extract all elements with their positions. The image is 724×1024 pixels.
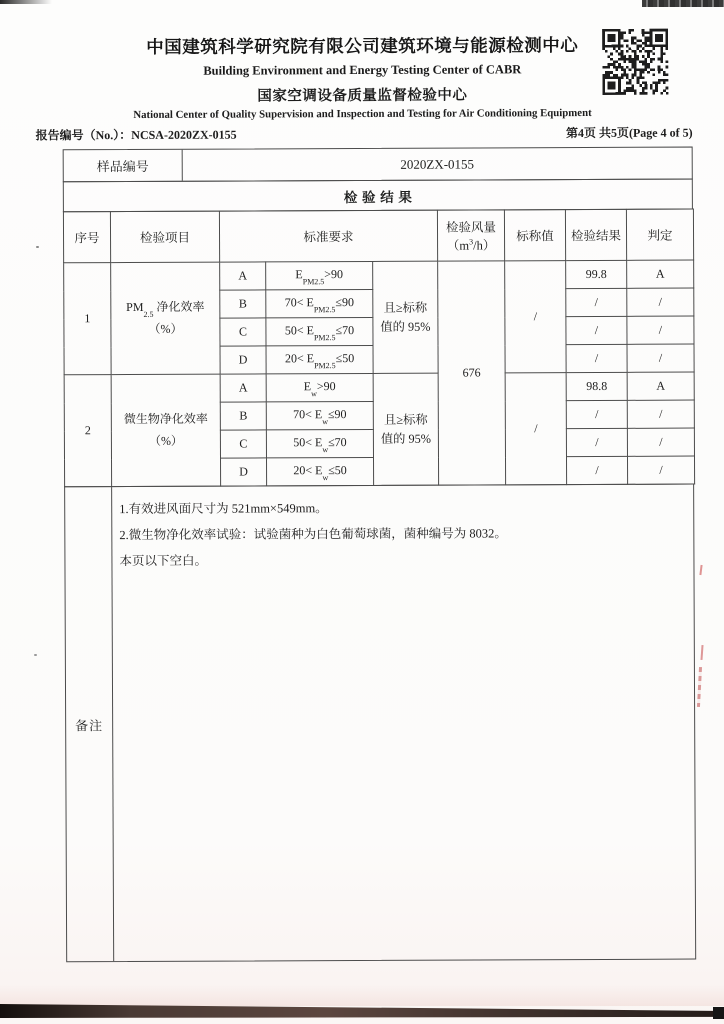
result-cell: /	[567, 456, 628, 484]
qr-code-icon	[602, 29, 668, 95]
report-meta-line: 报告编号（No.）：NCSA-2020ZX-0155 第4页 共5页(Page …	[36, 124, 693, 144]
grade-cell: D	[220, 458, 266, 486]
col-header-result: 检验结果	[565, 209, 626, 260]
col-header-nominal: 标称值	[504, 210, 565, 261]
judge-cell: A	[627, 260, 694, 288]
results-table: 序号 检验项目 标准要求 检验风量 （m3/h） 标称值 检验结果 判定 1 P…	[63, 209, 695, 488]
scan-artifact-speck	[34, 654, 37, 656]
nominal-value-cell: /	[505, 261, 566, 373]
result-cell: /	[566, 316, 627, 344]
scan-artifact-red-mark	[697, 667, 702, 707]
sample-id-row: 样品编号 2020ZX-0155	[63, 147, 693, 183]
result-cell: /	[566, 288, 627, 316]
grade-cell: B	[220, 402, 266, 430]
remarks-row: 备注 1.有效进风面尺寸为 521mm×549mm。 2.微生物净化效率试验：试…	[64, 484, 696, 963]
seq-cell: 1	[64, 263, 111, 375]
grade-cell: C	[220, 430, 266, 458]
formula-cell: 20< Ew≤50	[266, 457, 373, 485]
remark-line: 1.有效进风面尺寸为 521mm×549mm。	[119, 494, 683, 522]
formula-cell: 50< Ew≤70	[266, 429, 373, 457]
judge-cell: /	[627, 344, 694, 372]
result-cell: 99.8	[566, 260, 627, 288]
grade-cell: A	[220, 374, 266, 402]
sample-id-label: 样品编号	[64, 150, 183, 182]
judge-cell: /	[627, 316, 694, 344]
table-row: 1 PM2.5 净化效率 （%） A EPM2.5>90 且≥标称 值的 95%…	[64, 260, 694, 291]
result-cell: 98.8	[566, 372, 627, 400]
results-section-title: 检 验 结 果	[63, 179, 693, 213]
item-cell: PM2.5 净化效率 （%）	[111, 262, 220, 374]
center-subtitle-english: National Center of Quality Supervision a…	[30, 107, 694, 122]
col-header-requirement: 标准要求	[219, 210, 437, 262]
judge-cell: /	[628, 456, 695, 484]
result-cell: /	[566, 428, 627, 456]
judge-cell: /	[627, 288, 694, 316]
table-row: 2 微生物净化效率 （%） A Ew>90 且≥标称 值的 95% / 98.8…	[64, 372, 694, 403]
formula-cell: 70< Ew≤90	[266, 401, 373, 429]
page-indicator: 第4页 共5页(Page 4 of 5)	[566, 124, 693, 142]
scan-artifact-top-right	[642, 0, 724, 7]
report-number: 报告编号（No.）：NCSA-2020ZX-0155	[36, 126, 237, 144]
scan-artifact-pink-tint	[0, 984, 724, 1006]
judge-cell: /	[627, 428, 694, 456]
item-cell: 微生物净化效率 （%）	[111, 374, 220, 486]
airflow-value-cell: 676	[438, 261, 506, 485]
formula-cell: 20< EPM2.5≤50	[266, 345, 373, 373]
remark-line: 2.微生物净化效率试验：试验菌种为白色葡萄球菌，菌种编号为 8032。	[119, 520, 683, 548]
formula-cell: 70< EPM2.5≤90	[266, 289, 373, 317]
col-header-judgement: 判定	[626, 209, 693, 260]
remark-line: 本页以下空白。	[119, 546, 683, 574]
judge-cell: /	[627, 400, 694, 428]
scan-artifact-top-left	[0, 0, 52, 4]
page-title: 中国建筑科学研究院有限公司建筑环境与能源检测中心	[30, 32, 694, 60]
note-cell: 且≥标称 值的 95%	[373, 373, 439, 485]
result-cell: /	[566, 344, 627, 372]
remarks-content: 1.有效进风面尺寸为 521mm×549mm。 2.微生物净化效率试验：试验菌种…	[112, 485, 695, 962]
page-title-english: Building Environment and Energy Testing …	[30, 62, 694, 80]
remarks-label: 备注	[65, 487, 114, 961]
judge-cell: A	[627, 372, 694, 400]
result-cell: /	[566, 400, 627, 428]
grade-cell: B	[220, 290, 266, 318]
note-cell: 且≥标称 值的 95%	[373, 261, 439, 373]
grade-cell: A	[220, 262, 266, 290]
sample-id-value: 2020ZX-0155	[183, 148, 692, 181]
grade-cell: C	[220, 318, 266, 346]
center-subtitle: 国家空调设备质量监督检验中心	[30, 83, 694, 107]
table-header-row: 序号 检验项目 标准要求 检验风量 （m3/h） 标称值 检验结果 判定	[63, 209, 693, 263]
nominal-value-cell: /	[505, 373, 566, 485]
scan-artifact-bottom-band	[0, 1004, 724, 1018]
scan-artifact-speck	[36, 246, 39, 248]
col-header-seq: 序号	[63, 212, 110, 263]
col-header-item: 检验项目	[110, 211, 219, 262]
scan-artifact-red-mark	[699, 565, 702, 575]
formula-cell: 50< EPM2.5≤70	[266, 317, 373, 345]
grade-cell: D	[220, 346, 266, 374]
seq-cell: 2	[64, 375, 111, 487]
formula-cell: Ew>90	[266, 373, 373, 401]
formula-cell: EPM2.5>90	[266, 261, 373, 289]
scan-artifact-red-mark	[700, 645, 703, 660]
col-header-airflow: 检验风量 （m3/h）	[437, 210, 504, 261]
scanned-report-page: 中国建筑科学研究院有限公司建筑环境与能源检测中心 Building Enviro…	[0, 0, 724, 1024]
scan-artifact-bottom-corner	[713, 1007, 724, 1019]
